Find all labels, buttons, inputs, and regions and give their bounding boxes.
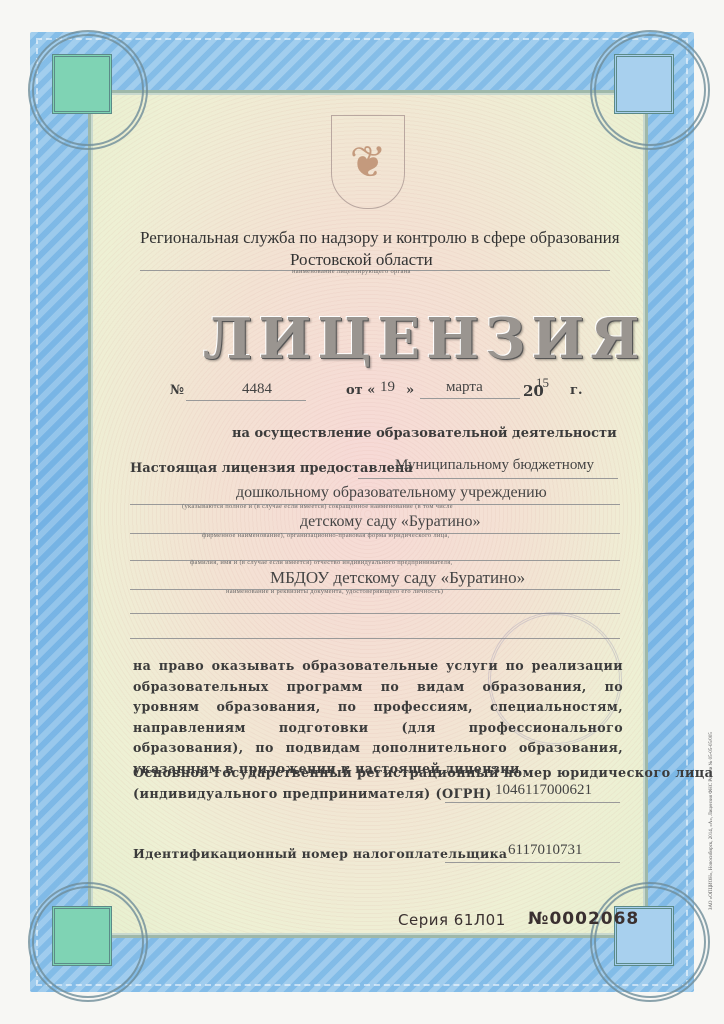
form-number-field: №0002068 xyxy=(528,909,639,929)
date-close: » xyxy=(406,383,414,398)
licensee-line2: дошкольному образовательному учреждению xyxy=(236,484,547,502)
license-rights-paragraph: на право оказывать образовательные услуг… xyxy=(133,656,623,779)
ogrn-value: 1046117000621 xyxy=(495,782,592,799)
ogrn-label-line2: (индивидуального предпринимателя) (ОГРН) xyxy=(133,787,492,802)
divider xyxy=(420,398,520,399)
licensee-short-name: МБДОУ детскому саду «Буратино» xyxy=(270,568,525,588)
divider xyxy=(186,400,306,401)
caption-4: наименование и реквизиты документа, удос… xyxy=(226,588,443,595)
series-field: Серия 61Л01 xyxy=(398,911,506,929)
year-suffix: 15 xyxy=(536,375,549,391)
number-label: № xyxy=(170,383,184,398)
ogrn-label-line1: Основной государственный регистрационный… xyxy=(133,766,713,781)
year-label: г. xyxy=(570,383,583,398)
authority-name-line2: Ростовской области xyxy=(290,250,433,270)
divider xyxy=(445,802,620,803)
date-day: 19 xyxy=(380,379,395,396)
document-title: ЛИЦЕНЗИЯ xyxy=(203,306,646,372)
divider xyxy=(358,478,618,479)
authority-name-line1: Региональная служба по надзору и контрол… xyxy=(140,228,620,248)
russian-coat-of-arms-icon: ❦ xyxy=(331,115,405,209)
inn-label: Идентификационный номер налогоплательщик… xyxy=(133,846,507,861)
series-label: Серия xyxy=(398,911,449,929)
inn-value: 6117010731 xyxy=(508,842,582,859)
series-value: 61Л01 xyxy=(454,911,506,929)
ornamental-corner-icon xyxy=(28,30,148,150)
ornamental-corner-icon xyxy=(590,882,710,1002)
caption-1: (указываются полное и (в случае если име… xyxy=(182,503,453,510)
form-number-label: № xyxy=(528,909,549,929)
license-number: 4484 xyxy=(242,381,272,398)
licensee-line3: детскому саду «Буратино» xyxy=(300,513,480,531)
license-purpose: на осуществление образовательной деятель… xyxy=(232,426,617,441)
authority-caption: наименование лицензирующего органа xyxy=(292,268,411,275)
caption-2: фирменное наименование), организационно-… xyxy=(202,532,450,539)
divider xyxy=(445,862,620,863)
date-month: марта xyxy=(446,379,483,396)
printer-imprint: ЗАО «ОПЦИОН», Новосибирск, 2014, «А», Ли… xyxy=(709,732,714,910)
granted-label: Настоящая лицензия предоставлена xyxy=(130,461,413,476)
caption-3: фамилия, имя и (в случае если имеется) о… xyxy=(190,559,452,566)
ornamental-corner-icon xyxy=(590,30,710,150)
ornamental-corner-icon xyxy=(28,882,148,1002)
date-prefix: от « xyxy=(346,383,375,398)
form-number-value: 0002068 xyxy=(549,909,639,929)
licensee-line1: Муниципальному бюджетному xyxy=(395,457,594,474)
